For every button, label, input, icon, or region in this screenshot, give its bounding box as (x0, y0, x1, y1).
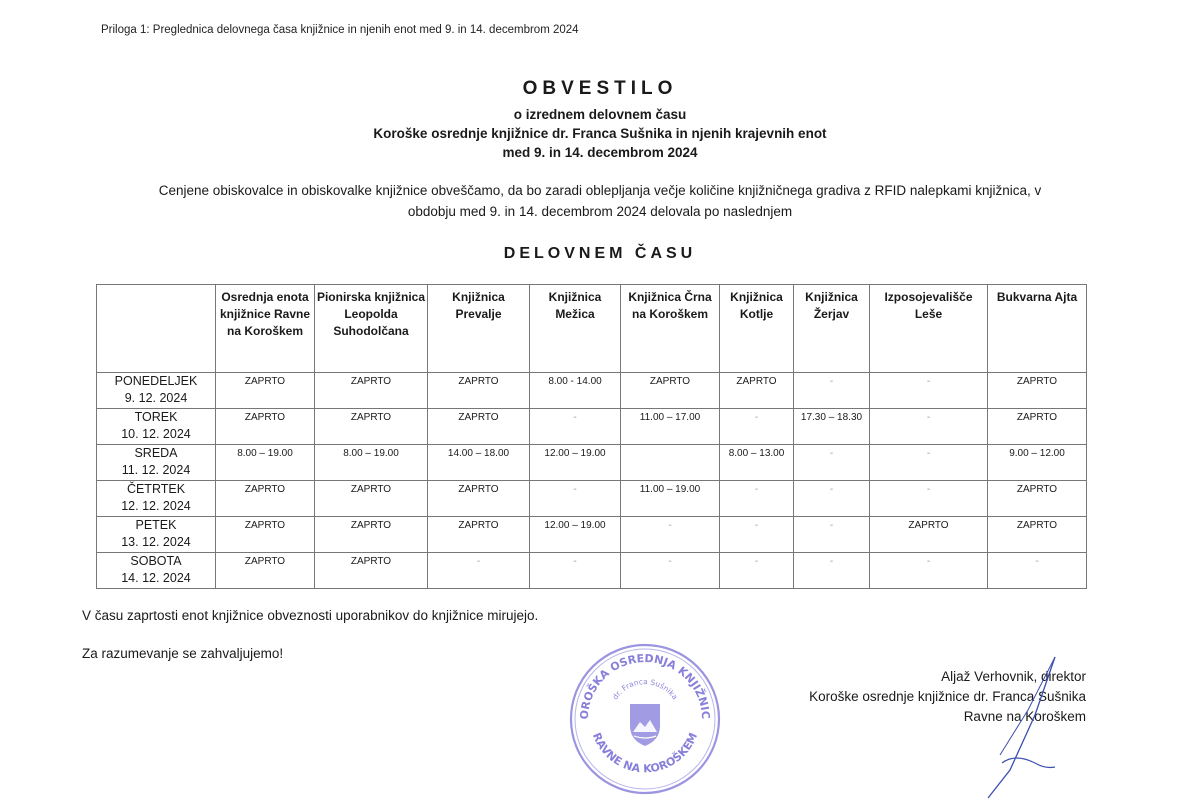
hours-value: 14.00 – 18.00 (448, 448, 509, 459)
hours-value: 11.00 – 19.00 (640, 484, 700, 495)
subtitle-line-1: o izrednem delovnem času (0, 107, 1200, 122)
hours-value: ZAPRTO (351, 520, 391, 531)
hours-cell: ZAPRTO (988, 373, 1087, 409)
hours-cell: ZAPRTO (216, 481, 315, 517)
hours-value: ZAPRTO (1017, 412, 1057, 423)
hours-cell: 9.00 – 12.00 (988, 445, 1087, 481)
hours-value: ZAPRTO (351, 556, 391, 567)
hours-cell: - (720, 517, 794, 553)
hours-value: - (573, 556, 576, 567)
hours-value: - (830, 556, 833, 567)
column-header: Bukvarna Ajta (988, 285, 1087, 373)
day-name: SOBOTA (97, 553, 215, 570)
hours-cell: - (794, 481, 870, 517)
hours-cell: ZAPRTO (621, 373, 720, 409)
hours-value: - (927, 412, 930, 423)
hours-value: 9.00 – 12.00 (1009, 448, 1065, 459)
day-date: 13. 12. 2024 (97, 534, 215, 551)
header-row: Osrednja enota knjižnice Ravne na Korošk… (97, 285, 1087, 373)
hours-value: ZAPRTO (1017, 520, 1057, 531)
hours-value: ZAPRTO (458, 520, 498, 531)
hours-cell: - (988, 553, 1087, 589)
day-cell: ČETRTEK12. 12. 2024 (97, 481, 216, 517)
hours-cell: ZAPRTO (315, 481, 428, 517)
table-row: ČETRTEK12. 12. 2024ZAPRTOZAPRTOZAPRTO-11… (97, 481, 1087, 517)
day-cell: TOREK10. 12. 2024 (97, 409, 216, 445)
hours-value: - (668, 556, 671, 567)
hours-value: - (573, 412, 576, 423)
column-header: Pionirska knjižnica Leopolda Suhodolčana (315, 285, 428, 373)
hours-value: ZAPRTO (1017, 376, 1057, 387)
hours-value: 17.30 – 18.30 (801, 412, 862, 423)
hours-value: - (830, 376, 833, 387)
hours-cell: ZAPRTO (988, 517, 1087, 553)
hours-cell: - (870, 409, 988, 445)
day-cell: SREDA11. 12. 2024 (97, 445, 216, 481)
day-name: ČETRTEK (97, 481, 215, 498)
hours-cell: - (720, 553, 794, 589)
table-row: PETEK13. 12. 2024ZAPRTOZAPRTOZAPRTO12.00… (97, 517, 1087, 553)
hours-value: - (668, 520, 671, 531)
day-date: 10. 12. 2024 (97, 426, 215, 443)
hours-value: - (1035, 556, 1038, 567)
hours-value: ZAPRTO (736, 376, 776, 387)
annex-label: Priloga 1: Preglednica delovnega časa kn… (101, 24, 579, 36)
hours-cell: - (530, 481, 621, 517)
column-header: Izposojevališče Leše (870, 285, 988, 373)
hours-value: - (830, 484, 833, 495)
column-header: Knjižnica Kotlje (720, 285, 794, 373)
hours-value: - (755, 520, 758, 531)
day-date: 9. 12. 2024 (97, 390, 215, 407)
hours-cell: ZAPRTO (315, 553, 428, 589)
day-date: 11. 12. 2024 (97, 462, 215, 479)
document-title: OBVESTILO (0, 78, 1200, 100)
hours-cell: ZAPRTO (720, 373, 794, 409)
hours-cell: 8.00 – 19.00 (315, 445, 428, 481)
hours-value: 8.00 - 14.00 (548, 376, 601, 387)
hours-value: ZAPRTO (351, 376, 391, 387)
hours-value: - (755, 484, 758, 495)
hours-value: - (755, 556, 758, 567)
hours-value: ZAPRTO (458, 484, 498, 495)
library-stamp-icon: KOROŠKA OSREDNJA KNJIŽNICA RAVNE NA KORO… (566, 640, 724, 798)
table-row: SREDA11. 12. 20248.00 – 19.008.00 – 19.0… (97, 445, 1087, 481)
schedule-table: Osrednja enota knjižnice Ravne na Korošk… (96, 284, 1087, 589)
hours-cell: ZAPRTO (216, 553, 315, 589)
hours-value: 11.00 – 17.00 (640, 412, 700, 423)
day-date: 12. 12. 2024 (97, 498, 215, 515)
hours-value: - (477, 556, 480, 567)
hours-value: ZAPRTO (245, 520, 285, 531)
hours-value: ZAPRTO (351, 412, 391, 423)
hours-value: ZAPRTO (458, 412, 498, 423)
header-corner-cell (97, 285, 216, 373)
hours-cell: ZAPRTO (315, 373, 428, 409)
hours-value: - (927, 484, 930, 495)
hours-cell: - (720, 409, 794, 445)
hours-value: - (830, 448, 833, 459)
hours-cell: ZAPRTO (315, 517, 428, 553)
hours-value: ZAPRTO (1017, 484, 1057, 495)
hours-value: ZAPRTO (245, 412, 285, 423)
hours-cell: - (530, 553, 621, 589)
svg-text:dr. Franca Sušnika: dr. Franca Sušnika (610, 677, 679, 701)
hours-cell: ZAPRTO (428, 517, 530, 553)
day-name: TOREK (97, 409, 215, 426)
hours-cell: - (794, 445, 870, 481)
hours-cell: ZAPRTO (428, 481, 530, 517)
hours-cell: 12.00 – 19.00 (530, 445, 621, 481)
hours-value: - (830, 520, 833, 531)
hours-value: 8.00 – 13.00 (729, 448, 785, 459)
table-row: PONEDELJEK9. 12. 2024ZAPRTOZAPRTOZAPRTO8… (97, 373, 1087, 409)
day-name: PETEK (97, 517, 215, 534)
day-name: PONEDELJEK (97, 373, 215, 390)
hours-value: 12.00 – 19.00 (544, 448, 605, 459)
hours-value: - (927, 556, 930, 567)
hours-cell: ZAPRTO (216, 373, 315, 409)
hours-cell (621, 445, 720, 481)
column-header: Osrednja enota knjižnice Ravne na Korošk… (216, 285, 315, 373)
hours-cell: - (720, 481, 794, 517)
hours-cell: ZAPRTO (315, 409, 428, 445)
hours-cell: ZAPRTO (216, 409, 315, 445)
hours-cell: 8.00 – 13.00 (720, 445, 794, 481)
hours-value: 8.00 – 19.00 (237, 448, 293, 459)
hours-cell: 11.00 – 17.00 (621, 409, 720, 445)
day-date: 14. 12. 2024 (97, 570, 215, 587)
subtitle-line-3: med 9. in 14. decembrom 2024 (0, 145, 1200, 160)
hours-cell: - (870, 553, 988, 589)
hours-cell: - (428, 553, 530, 589)
hours-value: ZAPRTO (245, 556, 285, 567)
intro-paragraph: Cenjene obiskovalce in obiskovalke knjiž… (150, 180, 1050, 222)
column-header: Knjižnica Mežica (530, 285, 621, 373)
hours-cell: ZAPRTO (870, 517, 988, 553)
day-name: SREDA (97, 445, 215, 462)
day-cell: PONEDELJEK9. 12. 2024 (97, 373, 216, 409)
day-cell: SOBOTA14. 12. 2024 (97, 553, 216, 589)
hours-value: ZAPRTO (908, 520, 948, 531)
hours-value: 12.00 – 19.00 (544, 520, 605, 531)
hours-cell: - (870, 481, 988, 517)
day-cell: PETEK13. 12. 2024 (97, 517, 216, 553)
handwritten-signature-icon (960, 655, 1070, 800)
hours-cell: 12.00 – 19.00 (530, 517, 621, 553)
hours-value: ZAPRTO (351, 484, 391, 495)
subtitle-line-2: Koroške osrednje knjižnice dr. Franca Su… (0, 126, 1200, 141)
hours-cell: ZAPRTO (988, 409, 1087, 445)
hours-cell: ZAPRTO (428, 373, 530, 409)
hours-cell: - (870, 373, 988, 409)
column-header: Knjižnica Črna na Koroškem (621, 285, 720, 373)
hours-value: - (755, 412, 758, 423)
hours-cell: - (621, 517, 720, 553)
hours-cell: 11.00 – 19.00 (621, 481, 720, 517)
hours-cell: 8.00 - 14.00 (530, 373, 621, 409)
hours-cell: ZAPRTO (216, 517, 315, 553)
hours-cell: - (530, 409, 621, 445)
hours-value: - (927, 448, 930, 459)
thanks-note: Za razumevanje se zahvaljujemo! (82, 646, 283, 661)
table-row: SOBOTA14. 12. 2024ZAPRTOZAPRTO------- (97, 553, 1087, 589)
hours-value: - (927, 376, 930, 387)
column-header: Knjižnica Prevalje (428, 285, 530, 373)
hours-cell: - (794, 373, 870, 409)
hours-cell: 8.00 – 19.00 (216, 445, 315, 481)
hours-cell: - (621, 553, 720, 589)
section-heading: DELOVNEM ČASU (0, 245, 1200, 263)
hours-cell: ZAPRTO (988, 481, 1087, 517)
hours-value: 8.00 – 19.00 (343, 448, 399, 459)
hours-value: ZAPRTO (245, 376, 285, 387)
hours-cell: 17.30 – 18.30 (794, 409, 870, 445)
hours-cell: - (870, 445, 988, 481)
closure-note: V času zaprtosti enot knjižnice obveznos… (82, 608, 538, 623)
table-row: TOREK10. 12. 2024ZAPRTOZAPRTOZAPRTO-11.0… (97, 409, 1087, 445)
hours-value: ZAPRTO (458, 376, 498, 387)
hours-value: - (573, 484, 576, 495)
hours-cell: - (794, 517, 870, 553)
hours-value: ZAPRTO (650, 376, 690, 387)
hours-cell: - (794, 553, 870, 589)
hours-value: ZAPRTO (245, 484, 285, 495)
column-header: Knjižnica Žerjav (794, 285, 870, 373)
hours-cell: 14.00 – 18.00 (428, 445, 530, 481)
hours-cell: ZAPRTO (428, 409, 530, 445)
